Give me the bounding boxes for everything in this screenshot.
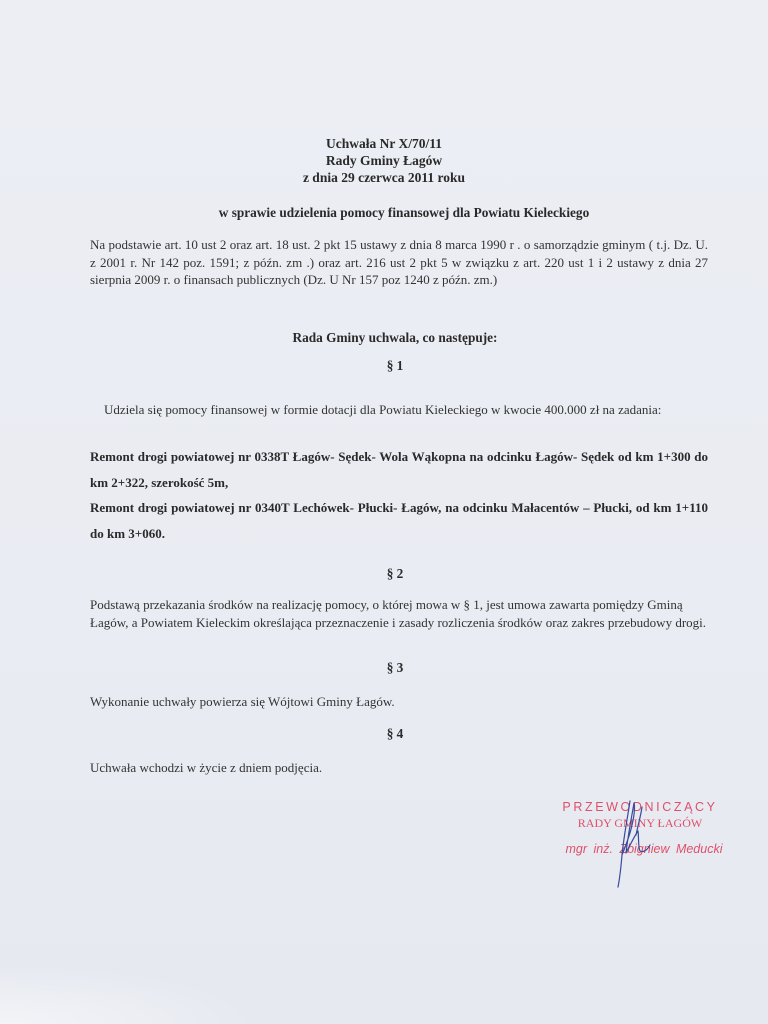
handwritten-signature bbox=[608, 795, 668, 890]
council-name: Rady Gminy Łagów bbox=[0, 152, 768, 169]
task-item: Remont drogi powiatowej nr 0338T Łagów- … bbox=[90, 444, 708, 495]
section-1-text: Udziela się pomocy finansowej w formie d… bbox=[90, 396, 710, 423]
section-2-text: Podstawą przekazania środków na realizac… bbox=[90, 596, 710, 631]
section-4-text: Uchwała wchodzi w życie z dniem podjęcia… bbox=[90, 760, 710, 776]
legal-basis: Na podstawie art. 10 ust 2 oraz art. 18 … bbox=[90, 236, 708, 289]
document-page: Uchwała Nr X/70/11 Rady Gminy Łagów z dn… bbox=[0, 0, 768, 1024]
resolution-subject: w sprawie udzielenia pomocy finansowej d… bbox=[0, 205, 768, 221]
scan-shadow bbox=[0, 964, 260, 1024]
section-2-mark: § 2 bbox=[0, 566, 768, 582]
resolution-number: Uchwała Nr X/70/11 bbox=[0, 135, 768, 152]
section-4-mark: § 4 bbox=[0, 726, 768, 742]
resolution-header: Uchwała Nr X/70/11 Rady Gminy Łagów z dn… bbox=[0, 135, 768, 186]
section-3-text: Wykonanie uchwały powierza się Wójtowi G… bbox=[90, 694, 710, 710]
task-list: Remont drogi powiatowej nr 0338T Łagów- … bbox=[90, 444, 708, 546]
task-item: Remont drogi powiatowej nr 0340T Lechówe… bbox=[90, 495, 708, 546]
resolution-date: z dnia 29 czerwca 2011 roku bbox=[0, 169, 768, 186]
resolves-heading: Rada Gminy uchwala, co następuje: bbox=[0, 330, 768, 346]
section-3-mark: § 3 bbox=[0, 660, 768, 676]
section-1-mark: § 1 bbox=[0, 358, 768, 374]
